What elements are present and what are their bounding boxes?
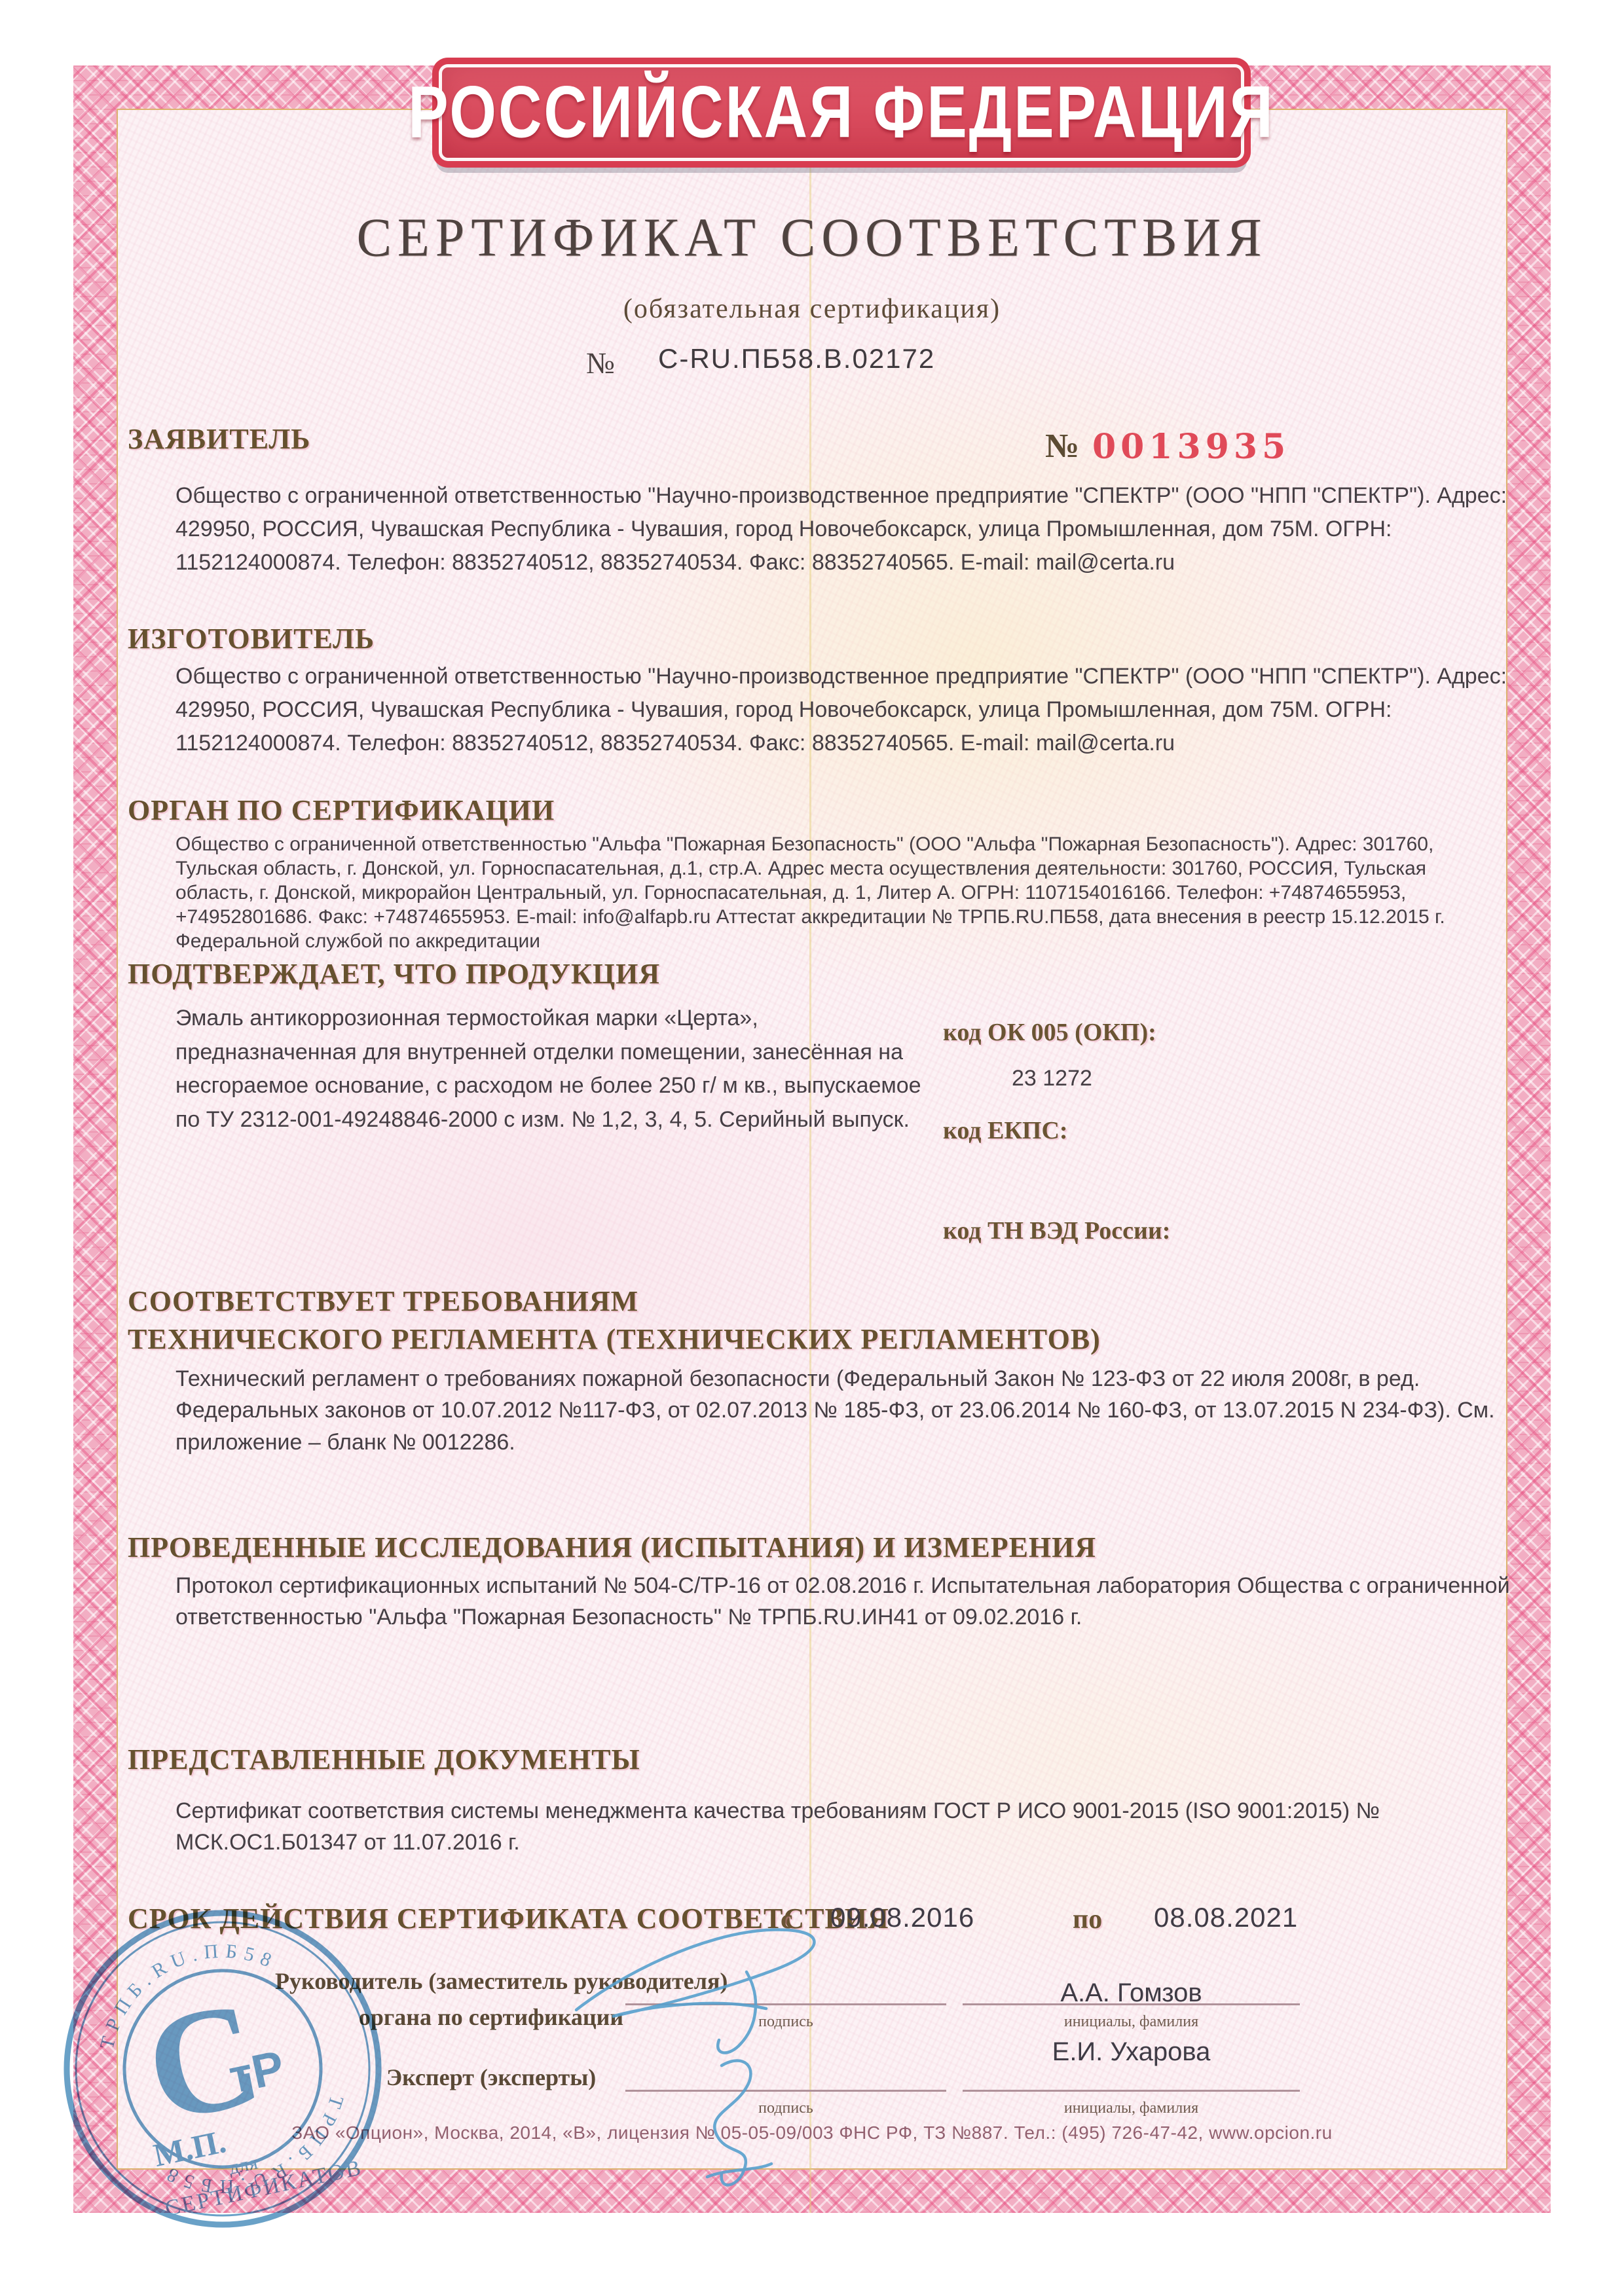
- product-body: Эмаль антикоррозионная термостойкая марк…: [175, 1002, 929, 1137]
- manufacturer-heading: ИЗГОТОВИТЕЛЬ: [128, 622, 375, 655]
- product-heading: ПОДТВЕРЖДАЕТ, ЧТО ПРОДУКЦИЯ: [128, 957, 660, 991]
- round-stamp: ТРПБ.RU.ПБ58 ТРПБ.RU.ПБ58 С тР М.П. для …: [52, 1892, 393, 2246]
- cert-org-body: Общество с ограниченной ответственностью…: [175, 833, 1492, 953]
- cert-number-label: №: [586, 346, 615, 380]
- country-banner-label: РОССИЙСКАЯ ФЕДЕРАЦИЯ: [408, 71, 1275, 155]
- blank-number-label: №: [1045, 427, 1079, 465]
- validity-to-label: по: [1073, 1904, 1102, 1935]
- expert-name-caption: инициалы, фамилия: [963, 2100, 1300, 2117]
- code-okp-value: 23 1272: [1012, 1062, 1092, 1095]
- fold-line: [809, 65, 811, 2213]
- code-okp-label: код ОК 005 (ОКП):: [943, 1018, 1156, 1047]
- compliance-heading-line1: СООТВЕТСТВУЕТ ТРЕБОВАНИЯМ: [128, 1285, 638, 1318]
- applicant-body: Общество с ограниченной ответственностью…: [175, 479, 1521, 579]
- expert-name: Е.И. Ухарова: [963, 2037, 1300, 2067]
- applicant-heading: ЗАЯВИТЕЛЬ: [128, 422, 310, 456]
- stamp-logo-sub: тР: [225, 2041, 289, 2104]
- expert-name-line: [963, 2090, 1300, 2092]
- code-tnved-label: код ТН ВЭД России:: [943, 1216, 1170, 1245]
- handwritten-signatures: [550, 1912, 995, 2193]
- validity-to-date: 08.08.2021: [1154, 1902, 1298, 1933]
- compliance-body: Технический регламент о требованиях пожа…: [175, 1363, 1518, 1458]
- document-title: СЕРТИФИКАТ СООТВЕТСТВИЯ: [0, 207, 1624, 270]
- blank-number-value: 0013935: [1092, 427, 1290, 467]
- manufacturer-body: Общество с ограниченной ответственностью…: [175, 660, 1521, 760]
- documents-heading: ПРЕДСТАВЛЕННЫЕ ДОКУМЕНТЫ: [128, 1743, 640, 1776]
- guilloche-border: [73, 65, 1551, 2213]
- head-name-line: [963, 2003, 1300, 2005]
- code-ekps-label: код ЕКПС:: [943, 1116, 1068, 1145]
- signature-head: [576, 1929, 814, 2052]
- compliance-heading-line2: ТЕХНИЧЕСКОГО РЕГЛАМЕНТА (ТЕХНИЧЕСКИХ РЕГ…: [128, 1322, 1101, 1356]
- signature-expert: [707, 2060, 771, 2185]
- tests-heading: ПРОВЕДЕННЫЕ ИССЛЕДОВАНИЯ (ИСПЫТАНИЯ) И И…: [128, 1531, 1096, 1564]
- cert-number-value: C-RU.ПБ58.B.02172: [658, 343, 935, 374]
- certificate-page: РОССИЙСКАЯ ФЕДЕРАЦИЯ СЕРТИФИКАТ СООТВЕТС…: [0, 0, 1624, 2296]
- cert-org-heading: ОРГАН ПО СЕРТИФИКАЦИИ: [128, 793, 555, 827]
- document-subtitle: (обязательная сертификация): [0, 293, 1624, 325]
- tests-body: Протокол сертификационных испытаний № 50…: [175, 1570, 1518, 1633]
- certificate-inner-background: [117, 109, 1507, 2170]
- country-banner: РОССИЙСКАЯ ФЕДЕРАЦИЯ: [432, 58, 1251, 168]
- head-name-caption: инициалы, фамилия: [963, 2013, 1300, 2031]
- documents-body: Сертификат соответствия системы менеджме…: [175, 1795, 1518, 1859]
